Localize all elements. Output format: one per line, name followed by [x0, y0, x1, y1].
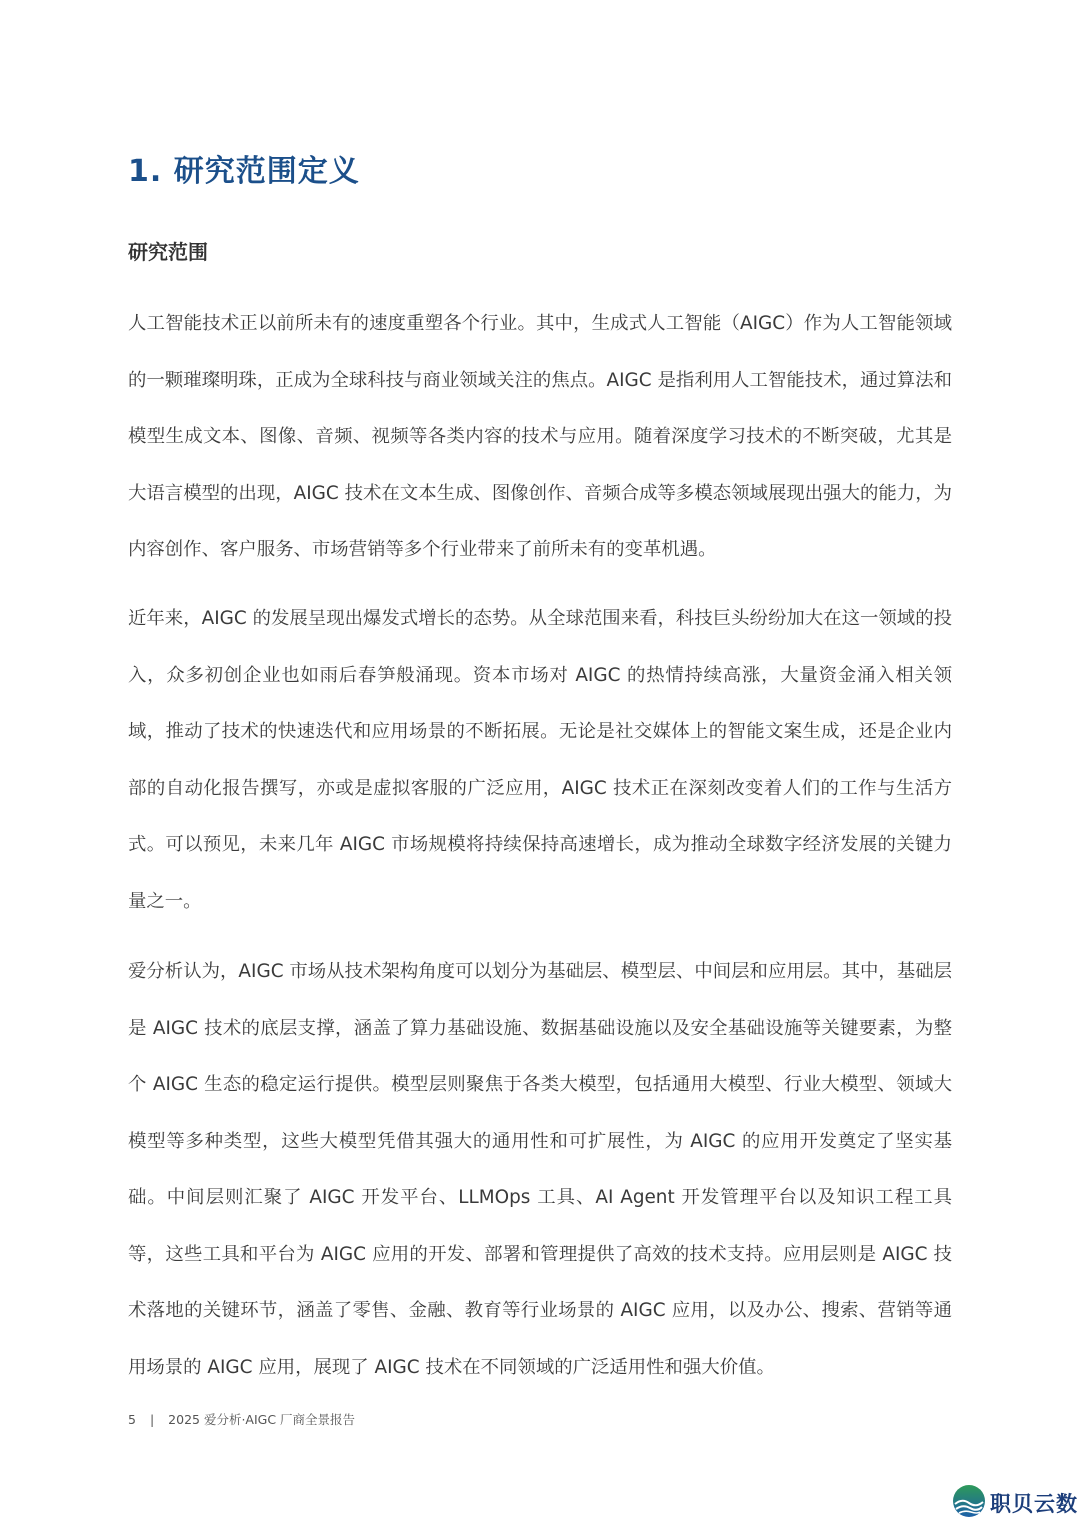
paragraph-1: 人工智能技术正以前所未有的速度重塑各个行业。其中，生成式人工智能（AIGC）作为… — [128, 296, 952, 579]
brand-name: 职贝云数 — [990, 1488, 1078, 1518]
subsection-title: 研究范围 — [128, 236, 208, 265]
page-number: 5 — [128, 1412, 136, 1427]
paragraph-3: 爱分析认为，AIGC 市场从技术架构角度可以划分为基础层、模型层、中间层和应用层… — [128, 944, 952, 1396]
watermark-logo: 职贝云数 — [952, 1484, 1078, 1522]
section-title: 1. 研究范围定义 — [128, 146, 360, 190]
paragraph-2: 近年来，AIGC 的发展呈现出爆发式增长的态势。从全球范围来看，科技巨头纷纷加大… — [128, 591, 952, 930]
footer-separator: | — [150, 1412, 154, 1427]
wave-globe-icon — [952, 1484, 986, 1522]
report-title: 2025 爱分析·AIGC 厂商全景报告 — [168, 1410, 355, 1428]
page-footer: 5 | 2025 爱分析·AIGC 厂商全景报告 — [128, 1410, 355, 1428]
